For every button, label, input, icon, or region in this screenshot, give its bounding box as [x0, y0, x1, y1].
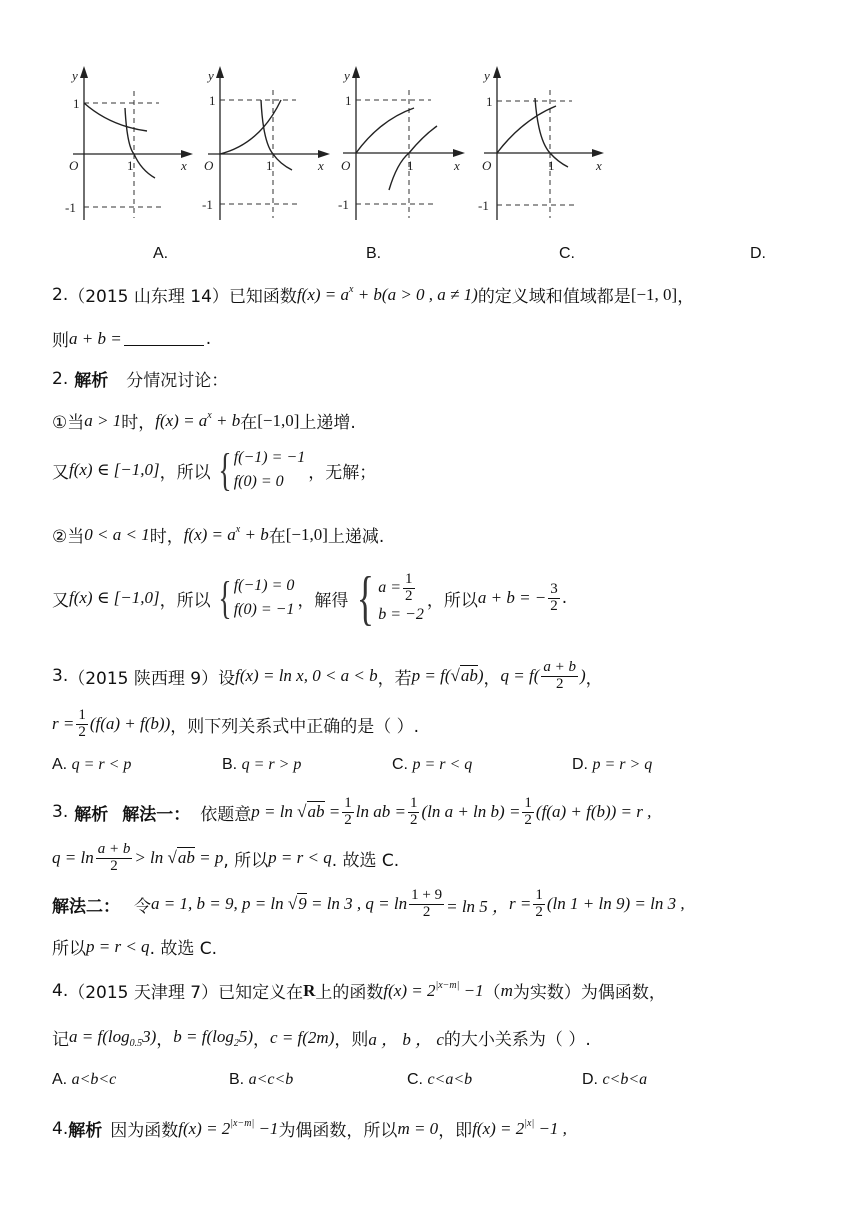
- fraction: 12: [408, 796, 420, 829]
- m2-r-eq: (ln 1 + ln 9) = ln 3 ,: [547, 894, 685, 914]
- q2-source: （2015 山东理 14）: [68, 282, 229, 307]
- case2-func: f(x) = ax + b: [184, 524, 269, 545]
- q3-q-def: q = f(a + b2): [501, 660, 586, 693]
- case1-cond: a > 1: [84, 411, 121, 431]
- a2-case2-system: 又 f(x) ∈ [−1,0] ，所以 { f(−1) = 0f(0) = −1…: [52, 568, 567, 628]
- m1-rel: p = r < q: [268, 848, 332, 868]
- a4-func-simplified: f(x) = 2|x| −1 ,: [472, 1118, 567, 1139]
- text: ，所以: [427, 586, 478, 611]
- a4-m0: m = 0: [397, 1119, 438, 1139]
- text: 记: [52, 1025, 69, 1050]
- text: 又: [52, 586, 69, 611]
- a3-line2: q = ln a + b2 > ln √ab = p , 所以 p = r < …: [52, 842, 399, 875]
- punct: （: [484, 978, 501, 1003]
- q4-choice-d[interactable]: D. c<b<a: [582, 1071, 647, 1089]
- m-var: m: [501, 981, 513, 1001]
- graph-option-d-label: D.: [750, 245, 766, 263]
- answer-blank[interactable]: [124, 331, 204, 346]
- case1-range: f(x) ∈ [−1,0]: [69, 460, 160, 480]
- q3-choice-c[interactable]: C. p = r < q: [392, 756, 472, 774]
- text: ，若: [378, 664, 412, 689]
- svg-text:y: y: [482, 68, 490, 83]
- svg-text:O: O: [482, 158, 492, 173]
- a3-method1: 解法一：: [122, 800, 190, 825]
- q3-line2: r = 12 (f(a) + f(b)) ，则下列关系式中正确的是（ ）.: [52, 708, 419, 741]
- x-one-label: 1: [127, 158, 134, 173]
- punct: ，: [484, 664, 501, 689]
- text: , 所以: [223, 846, 268, 871]
- text: 在: [240, 408, 257, 433]
- case1-interval: [−1,0]: [257, 411, 299, 431]
- case1-func: f(x) = ax + b: [155, 410, 240, 431]
- q3-r-lhs: r =: [52, 714, 74, 734]
- equation-system: { f(−1) = −1f(0) = 0: [214, 447, 306, 493]
- svg-text:x: x: [317, 158, 324, 173]
- svg-text:y: y: [342, 68, 350, 83]
- m2-r: r =: [509, 894, 531, 914]
- text: 已知定义在: [218, 978, 303, 1003]
- q4-question: 的大小关系为（ ）.: [444, 1025, 591, 1050]
- q3-choice-b[interactable]: B. q = r > p: [222, 756, 301, 774]
- m2-rel: p = r < q: [86, 937, 150, 957]
- punct: ，: [677, 282, 694, 307]
- q4-source: （2015 天津理 7）: [68, 978, 218, 1003]
- punct: .: [562, 588, 567, 608]
- a4-line1: 4. 解析 因为函数 f(x) = 2|x−m| −1 为偶函数，所以 m = …: [52, 1116, 567, 1141]
- reals-symbol: R: [303, 981, 315, 1001]
- text: ，解得: [297, 586, 348, 611]
- graph-option-c-label: C.: [559, 245, 575, 263]
- q2-text: 已知函数: [229, 282, 297, 307]
- q2-number: 2.: [52, 285, 68, 305]
- fraction: 32: [548, 582, 560, 615]
- q4-vars: a ， b ， c: [368, 1025, 444, 1050]
- y-one-label: 1: [73, 96, 80, 111]
- svg-text:-1: -1: [478, 198, 489, 213]
- text: 时，: [150, 522, 184, 547]
- svg-text:y: y: [206, 68, 214, 83]
- text: 在: [269, 522, 286, 547]
- text: . 故选 C.: [332, 846, 400, 871]
- q3-line1: 3. （2015 陕西理 9） 设 f(x) = ln x, 0 < a < b…: [52, 660, 603, 693]
- m1-p: p = ln √ab =: [251, 802, 340, 822]
- fraction: 12: [533, 888, 545, 921]
- m2-vals: a = 1, b = 9: [151, 894, 233, 914]
- svg-text:x: x: [453, 158, 460, 173]
- m1-lnab: ln ab =: [356, 802, 406, 822]
- q4-choice-c[interactable]: C. c<a<b: [407, 1071, 472, 1089]
- q3-source: （2015 陕西理 9）: [68, 664, 218, 689]
- text: 依题意: [200, 800, 251, 825]
- text: ，所以: [160, 458, 211, 483]
- graph-d: y x O 1 1 -1: [470, 58, 615, 233]
- text: 上的函数: [315, 978, 383, 1003]
- q2-line2: 则 a + b = .: [52, 326, 211, 351]
- m2-q-eq: = ln 5 ，: [446, 892, 509, 917]
- graph-option-b-label: B.: [366, 245, 381, 263]
- a3-line4: 所以 p = r < q . 故选 C.: [52, 934, 217, 959]
- graph-b: y x O 1 1 -1: [200, 58, 340, 233]
- a3-line3: 解法二： 令 a = 1, b = 9 , p = ln √9 = ln 3 ,…: [52, 888, 685, 921]
- q3-r-rhs: (f(a) + f(b)): [90, 714, 170, 734]
- case2-marker: ②当: [52, 522, 84, 547]
- text: 上递增.: [299, 408, 355, 433]
- equation-system: { f(−1) = 0f(0) = −1: [214, 575, 295, 621]
- q2-line1: 2. （2015 山东理 14） 已知函数 f(x) = ax + b(a > …: [52, 282, 694, 307]
- a2-intro: 分情况讨论：: [126, 366, 228, 391]
- graph-a: y x O 1 1 -1: [55, 58, 200, 233]
- text: ，则: [334, 1025, 368, 1050]
- punct: ，: [253, 1025, 270, 1050]
- q4-a-def: a = f(log0.53): [69, 1027, 156, 1049]
- punct: ，: [156, 1025, 173, 1050]
- q4-func: f(x) = 2|x−m| −1: [383, 980, 483, 1001]
- a3-number: 3.: [52, 802, 68, 822]
- a4-number: 4.: [52, 1119, 68, 1139]
- punct: ，: [586, 664, 603, 689]
- a3-method2: 解法二：: [52, 892, 120, 917]
- fraction: a + b2: [96, 842, 133, 875]
- text: 上递减.: [328, 522, 384, 547]
- y-axis-label: y: [70, 68, 78, 83]
- fraction: 12: [342, 796, 354, 829]
- text: ，无解；: [308, 458, 376, 483]
- text: 时，: [121, 408, 155, 433]
- graph-option-a-label: A.: [153, 245, 168, 263]
- svg-text:1: 1: [548, 158, 555, 173]
- q4-b-def: b = f(log25): [173, 1027, 253, 1049]
- a2-heading: 2. 解析 分情况讨论：: [52, 366, 228, 391]
- q4-c-def: c = f(2m): [270, 1028, 334, 1048]
- svg-text:O: O: [341, 158, 351, 173]
- m1-q: q = ln: [52, 848, 94, 868]
- q4-choice-b[interactable]: B. a<c<b: [229, 1071, 293, 1089]
- a2-case1-system: 又 f(x) ∈ [−1,0] ，所以 { f(−1) = −1f(0) = 0…: [52, 447, 376, 493]
- a3-line1: 3. 解析 解法一： 依题意 p = ln √ab = 12 ln ab = 1…: [52, 796, 651, 829]
- m1-sum: (ln a + ln b) =: [421, 802, 520, 822]
- q4-line2: 记 a = f(log0.53) ， b = f(log25) ， c = f(…: [52, 1025, 591, 1050]
- q2-expr: a + b =: [69, 329, 122, 349]
- svg-text:1: 1: [486, 94, 493, 109]
- fraction: 12: [522, 796, 534, 829]
- text: 为实数）为偶函数，: [513, 978, 666, 1003]
- text: ，即: [438, 1116, 472, 1141]
- svg-text:O: O: [204, 158, 214, 173]
- q2-text2: 的定义域和值域都是: [478, 282, 631, 307]
- q3-number: 3.: [52, 666, 68, 686]
- a2-title: 解析: [74, 366, 108, 391]
- q4-choice-a[interactable]: A. a<b<c: [52, 1071, 116, 1089]
- a3-title: 解析: [74, 800, 108, 825]
- text: 因为函数: [110, 1116, 178, 1141]
- text: 所以: [52, 934, 86, 959]
- text: ，所以: [160, 586, 211, 611]
- svg-text:-1: -1: [202, 197, 213, 212]
- svg-text:1: 1: [407, 158, 414, 173]
- fraction: 1 + 92: [409, 888, 444, 921]
- text: 为偶函数，所以: [278, 1116, 397, 1141]
- a2-number: 2.: [52, 369, 68, 389]
- q2-interval: [−1, 0]: [631, 285, 677, 305]
- case1-marker: ①当: [52, 408, 84, 433]
- q2-then: 则: [52, 326, 69, 351]
- q4-line1: 4. （2015 天津理 7） 已知定义在 R 上的函数 f(x) = 2|x−…: [52, 978, 666, 1003]
- svg-text:-1: -1: [338, 197, 349, 212]
- q3-question: ，则下列关系式中正确的是（ ）.: [170, 712, 419, 737]
- q3-choice-a[interactable]: A. q = r < p: [52, 756, 131, 774]
- punct: .: [206, 329, 211, 349]
- q3-def: f(x) = ln x, 0 < a < b: [235, 666, 378, 686]
- m1-gt: > ln √ab = p: [134, 848, 223, 868]
- svg-text:1: 1: [209, 93, 216, 108]
- m2-p: , p = ln √9 = ln 3 , q = ln: [233, 894, 407, 914]
- graph-c: y x O 1 1 -1: [335, 58, 475, 233]
- text: 设: [218, 664, 235, 689]
- solution-system: { a =12 b = −2: [351, 568, 423, 628]
- text: 令: [134, 892, 151, 917]
- fraction: 12: [76, 708, 88, 741]
- q3-choice-d[interactable]: D. p = r > q: [572, 756, 652, 774]
- text: . 故选 C.: [150, 934, 218, 959]
- a4-func: f(x) = 2|x−m| −1: [178, 1118, 278, 1139]
- svg-text:1: 1: [345, 93, 352, 108]
- text: 又: [52, 458, 69, 483]
- x-axis-label: x: [180, 158, 187, 173]
- case2-cond: 0 < a < 1: [84, 525, 149, 545]
- q4-number: 4.: [52, 981, 68, 1001]
- case2-range: f(x) ∈ [−1,0]: [69, 588, 160, 608]
- final-expr: a + b = −: [478, 588, 546, 608]
- a2-case2: ②当 0 < a < 1 时， f(x) = ax + b 在 [−1,0] 上…: [52, 522, 384, 547]
- q3-p-def: p = f(√ab): [412, 666, 484, 686]
- q2-func: f(x) = ax + b(a > 0 , a ≠ 1): [297, 284, 478, 305]
- svg-text:x: x: [595, 158, 602, 173]
- case2-interval: [−1,0]: [286, 525, 328, 545]
- svg-text:1: 1: [266, 158, 273, 173]
- y-neg-one-label: -1: [65, 200, 76, 215]
- origin-label: O: [69, 158, 79, 173]
- a4-title: 解析: [68, 1116, 102, 1141]
- m1-r: (f(a) + f(b)) = r ,: [536, 802, 651, 822]
- a2-case1: ①当 a > 1 时， f(x) = ax + b 在 [−1,0] 上递增.: [52, 408, 356, 433]
